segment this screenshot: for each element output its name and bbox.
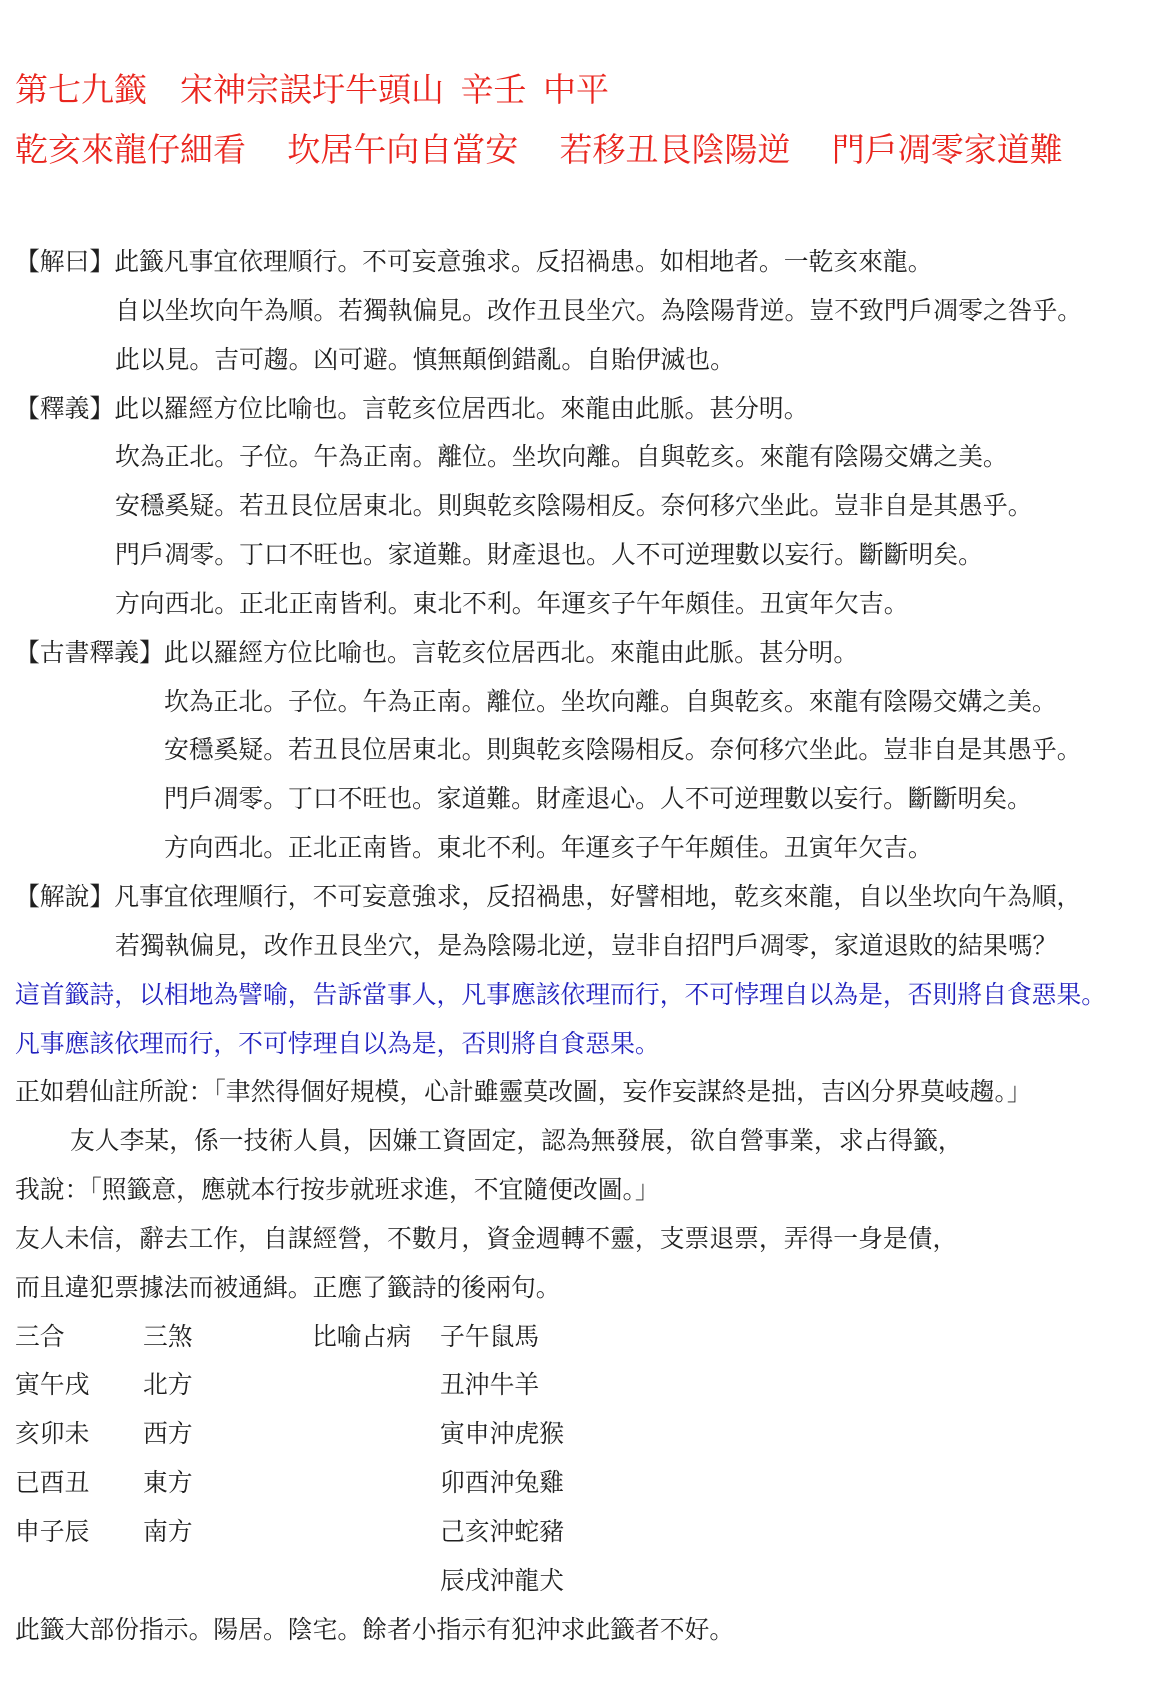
table-cell [15,1558,143,1607]
section-line: 自以坐坎向午為順。若獨執偏見。改作丑艮坐穴。為陰陽背逆。豈不致門戶凋零之咎乎。 [15,288,1145,337]
table-header-cell: 比喻占病 [312,1314,440,1363]
section-jieyue-heading-line: 【解曰】此籤凡事宜依理順行。不可妄意強求。反招禍患。如相地者。一乾亥來龍。 [15,239,1145,288]
table-cell: 己亥沖蛇豬 [440,1509,1145,1558]
section-label-jieyue: 【解曰】 [15,249,114,276]
table-cell: 北方 [143,1362,312,1411]
table-cell: 亥卯未 [15,1411,143,1460]
table-cell: 西方 [143,1411,312,1460]
table-cell [312,1509,440,1558]
section-line: 方向西北。正北正南皆。東北不利。年運亥子午年頗佳。丑寅年欠吉。 [15,825,1145,874]
page-title: 第七九籤 宋神宗誤圩牛頭山 辛壬 中平 [15,70,609,112]
table-cell: 寅午戌 [15,1362,143,1411]
blue-commentary-line: 凡事應該依理而行，不可悖理自以為是，否則將自食惡果。 [15,1021,1145,1070]
table-row: 已酉丑東方卯酉沖兔雞 [15,1460,1145,1509]
table-cell: 東方 [143,1460,312,1509]
commentary-paragraph: 友人未信，辭去工作，自謀經營，不數月，資金週轉不靈，支票退票，弄得一身是債， [15,1216,1145,1265]
table-header-cell: 三合 [15,1314,143,1363]
table-cell: 卯酉沖兔雞 [440,1460,1145,1509]
section-line: 坎為正北。子位。午為正南。離位。坐坎向離。自與乾亥。來龍有陰陽交媾之美。 [15,434,1145,483]
table-cell: 南方 [143,1509,312,1558]
table-cell: 丑沖牛羊 [440,1362,1145,1411]
commentary-paragraph: 友人李某，係一技術人員，因嫌工資固定，認為無發展，欲自營事業，求占得籤， [15,1118,1145,1167]
table-row: 寅午戌北方丑沖牛羊 [15,1362,1145,1411]
table-cell: 申子辰 [15,1509,143,1558]
oracle-document-page: 第七九籤 宋神宗誤圩牛頭山 辛壬 中平 乾亥來龍仔細看 坎居午向自當安 若移丑艮… [0,0,1150,1681]
section-line: 此以羅經方位比喻也。言乾亥位居西北。來龍由此脈。甚分明。 [114,396,808,423]
table-cell [312,1558,440,1607]
section-line: 此籤凡事宜依理順行。不可妄意強求。反招禍患。如相地者。一乾亥來龍。 [114,249,932,276]
commentary-paragraph: 我說：「照籤意，應就本行按步就班求進，不宜隨便改圖。」 [15,1167,1145,1216]
section-shiyi-heading-line: 【釋義】此以羅經方位比喻也。言乾亥位居西北。來龍由此脈。甚分明。 [15,386,1145,435]
section-label-gushu: 【古書釋義】 [15,640,164,667]
table-row: 辰戌沖龍犬 [15,1558,1145,1607]
table-row: 申子辰南方己亥沖蛇豬 [15,1509,1145,1558]
document-body: 【解曰】此籤凡事宜依理順行。不可妄意強求。反招禍患。如相地者。一乾亥來龍。 自以… [15,239,1145,1655]
table-cell [312,1411,440,1460]
commentary-paragraph: 而且違犯票據法而被通緝。正應了籤詩的後兩句。 [15,1265,1145,1314]
section-line: 門戶凋零。丁口不旺也。家道難。財產退也。人不可逆理數以妄行。斷斷明矣。 [15,532,1145,581]
section-line: 安穩奚疑。若丑艮位居東北。則與乾亥陰陽相反。奈何移穴坐此。豈非自是其愚乎。 [15,727,1145,776]
table-header-row: 三合三煞比喻占病子午鼠馬 [15,1314,1145,1363]
table-header-cell: 子午鼠馬 [440,1314,1145,1363]
section-gushu-heading-line: 【古書釋義】此以羅經方位比喻也。言乾亥位居西北。來龍由此脈。甚分明。 [15,630,1145,679]
section-line: 安穩奚疑。若丑艮位居東北。則與乾亥陰陽相反。奈何移穴坐此。豈非自是其愚乎。 [15,483,1145,532]
section-line: 此以見。吉可趨。凶可避。慎無顛倒錯亂。自貽伊滅也。 [15,337,1145,386]
section-line: 凡事宜依理順行，不可妄意強求，反招禍患，好譬相地，乾亥來龍，自以坐坎向午為順， [114,884,1081,911]
table-header-cell: 三煞 [143,1314,312,1363]
footer-note: 此籤大部份指示。陽居。陰宅。餘者小指示有犯沖求此籤者不好。 [15,1607,1145,1656]
oracle-poem: 乾亥來龍仔細看 坎居午向自當安 若移丑艮陰陽逆 門戶凋零家道難 [15,130,1063,172]
table-cell: 寅申沖虎猴 [440,1411,1145,1460]
section-jieshuo-heading-line: 【解說】凡事宜依理順行，不可妄意強求，反招禍患，好譬相地，乾亥來龍，自以坐坎向午… [15,874,1145,923]
section-line: 方向西北。正北正南皆利。東北不利。年運亥子午年頗佳。丑寅年欠吉。 [15,581,1145,630]
table-cell: 已酉丑 [15,1460,143,1509]
section-line: 若獨執偏見，改作丑艮坐穴，是為陰陽北逆，豈非自招門戶凋零，家道退敗的結果嗎？ [15,923,1145,972]
commentary-paragraph: 正如碧仙註所說：「聿然得個好規模，心計雖靈莫改圖，妄作妄謀終是拙，吉凶分界莫岐趨… [15,1069,1145,1118]
section-line: 此以羅經方位比喻也。言乾亥位居西北。來龍由此脈。甚分明。 [164,640,858,667]
table-cell [312,1460,440,1509]
section-label-jieshuo: 【解說】 [15,884,114,911]
blue-commentary-line: 這首籤詩，以相地為譬喻，告訴當事人，凡事應該依理而行，不可悖理自以為是，否則將自… [15,972,1145,1021]
section-line: 門戶凋零。丁口不旺也。家道難。財產退心。人不可逆理數以妄行。斷斷明矣。 [15,776,1145,825]
section-line: 坎為正北。子位。午為正南。離位。坐坎向離。自與乾亥。來龍有陰陽交媾之美。 [15,679,1145,728]
table-cell [312,1362,440,1411]
table-cell: 辰戌沖龍犬 [440,1558,1145,1607]
table-row: 亥卯未西方寅申沖虎猴 [15,1411,1145,1460]
section-label-shiyi: 【釋義】 [15,396,114,423]
table-cell [143,1558,312,1607]
